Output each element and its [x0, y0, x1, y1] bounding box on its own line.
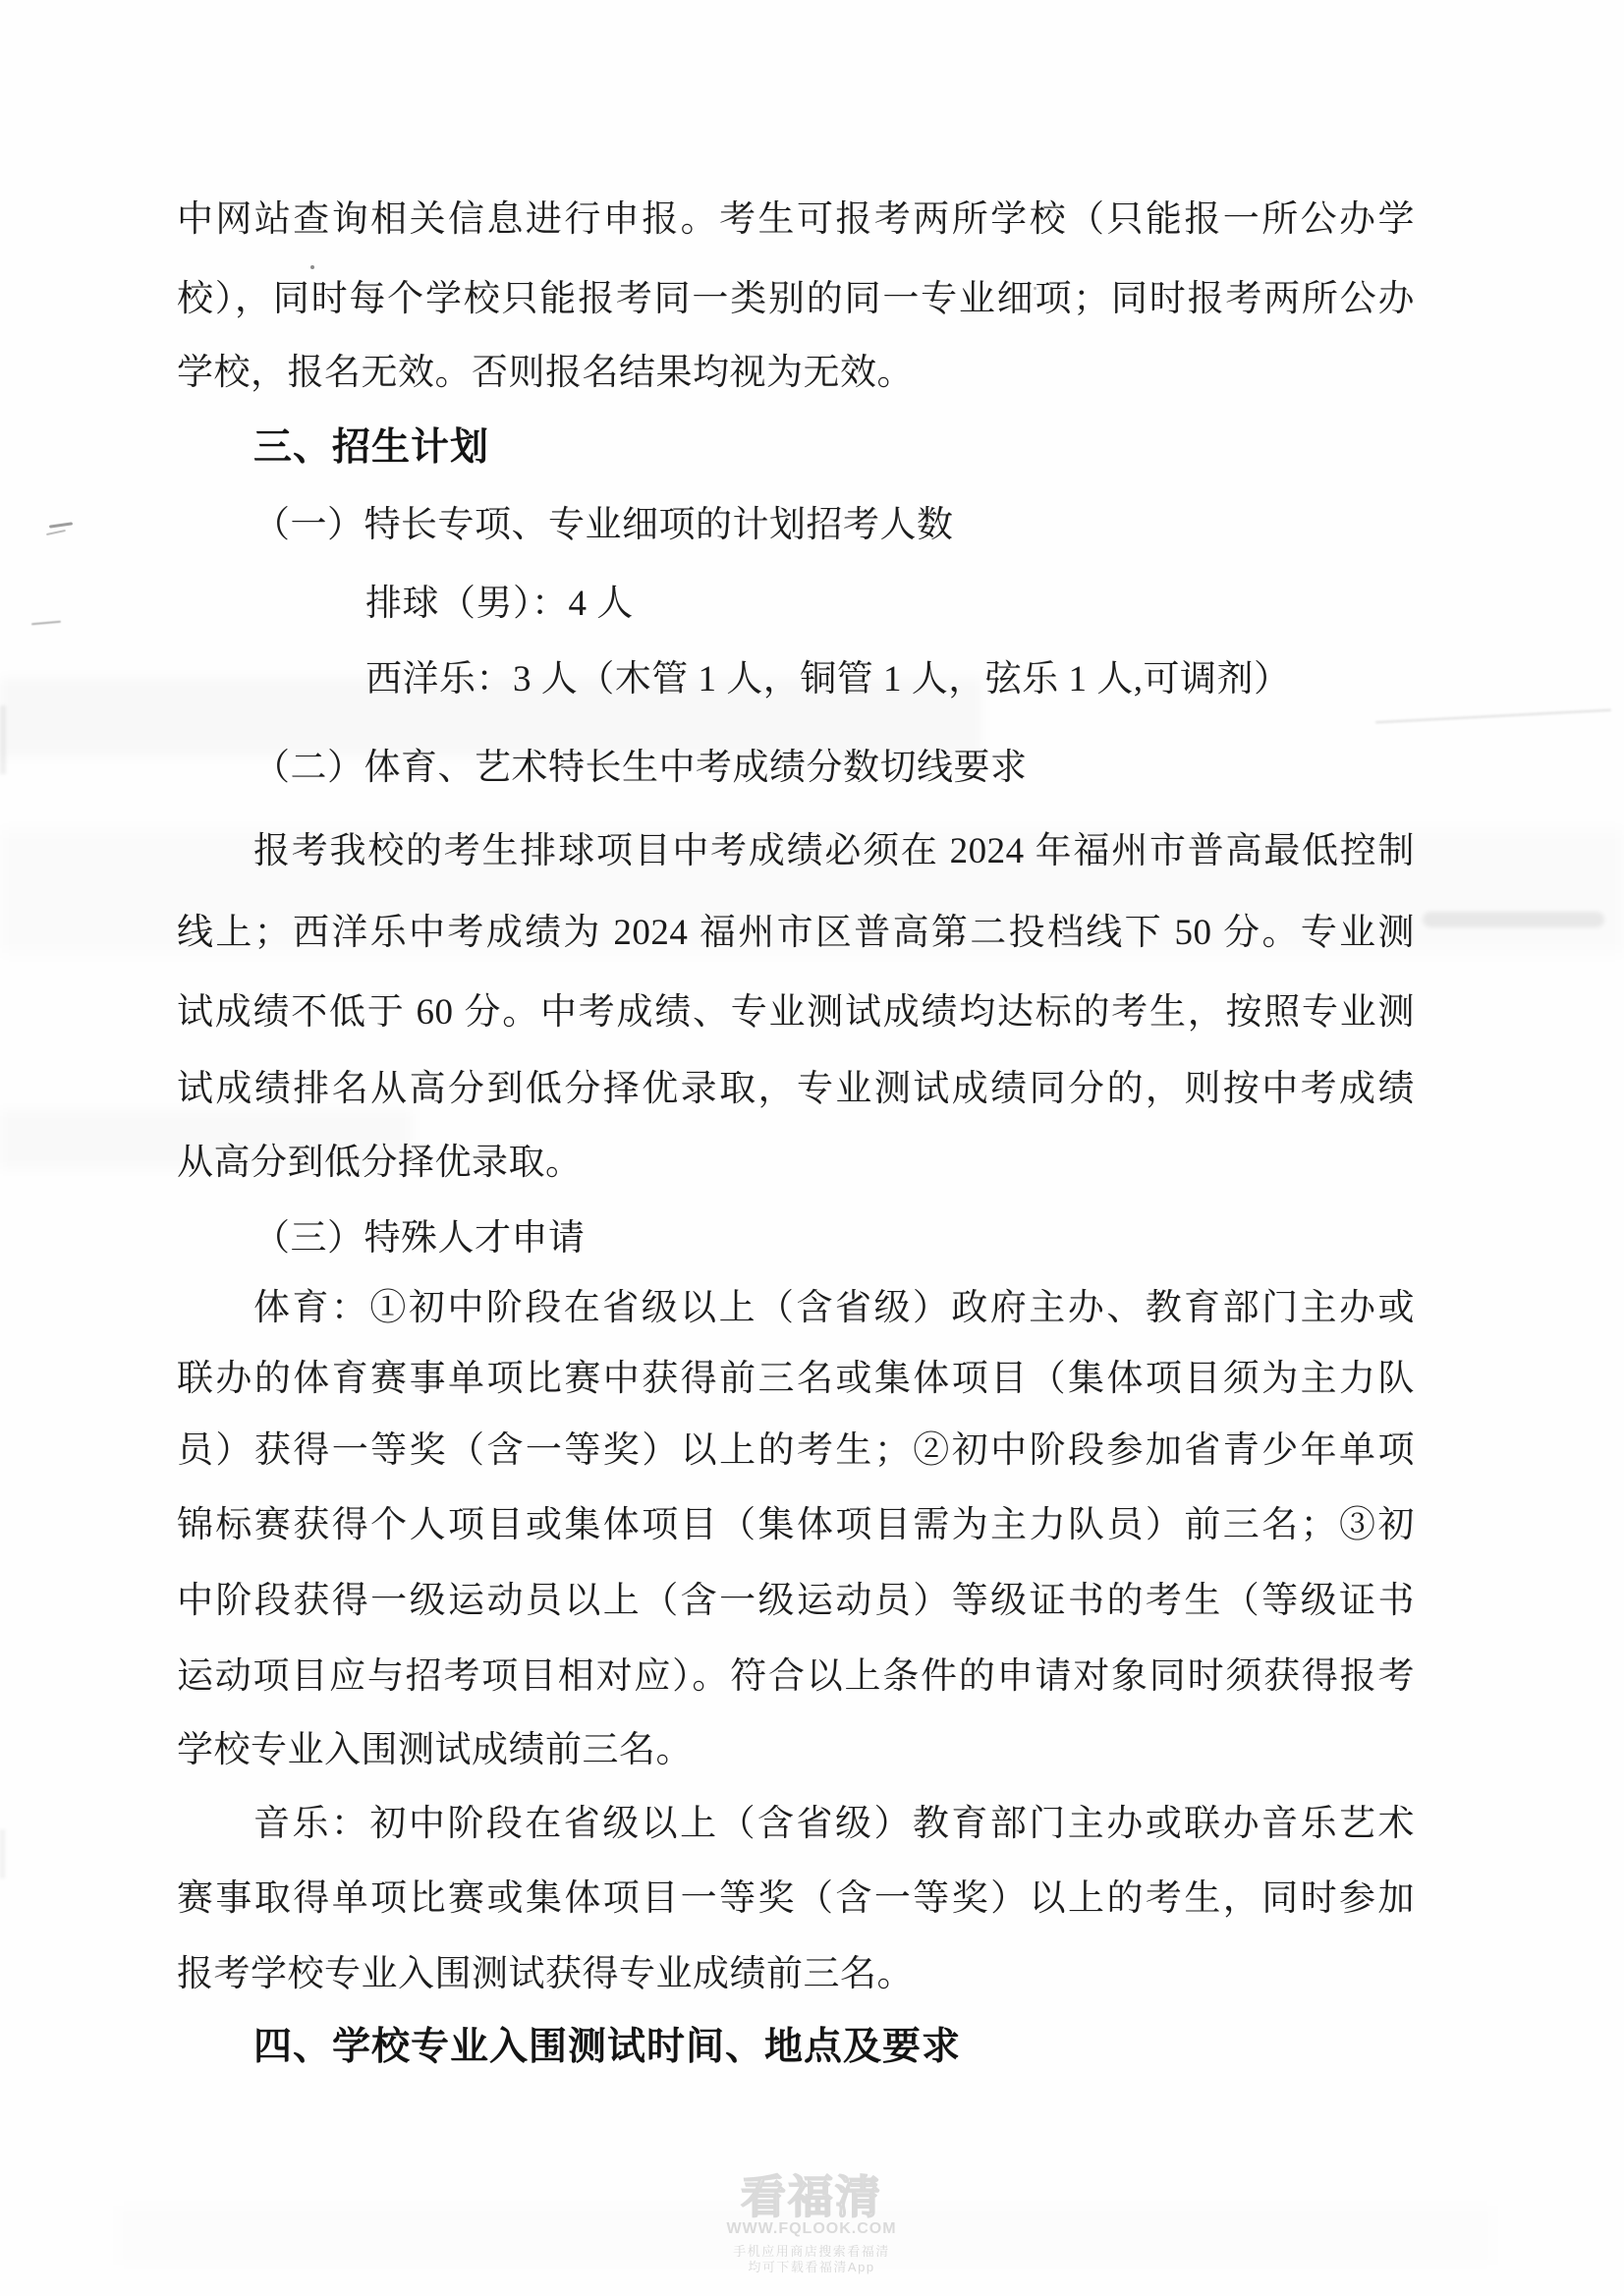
watermark-brand: 看福清	[726, 2174, 896, 2219]
scan-artifact	[118, 2206, 1493, 2265]
text-line-sports: 体育：①初中阶段在省级以上（含省级）政府主办、教育部门主办或	[253, 1289, 1415, 1328]
scan-artifact	[49, 522, 73, 528]
scan-artifact	[1375, 709, 1611, 724]
plan-item-volleyball: 排球（男）：4 人	[365, 585, 1415, 624]
plan-item-western-music: 西洋乐：3 人（木管 1 人，铜管 1 人，弦乐 1 人,可调剂）	[365, 660, 1415, 700]
subsection-heading-1: （一）特长专项、专业细项的计划招考人数	[253, 506, 1415, 545]
text-line: 运动项目应与招考项目相对应）。符合以上条件的申请对象同时须获得报考	[177, 1657, 1415, 1697]
text-line: 学校，报名无效。否则报名结果均视为无效。	[177, 354, 1415, 393]
scanned-document-page: 中网站查询相关信息进行申报。考生可报考两所学校（只能报一所公办学 校），同时每个…	[0, 0, 1624, 2296]
text-line: 赛事取得单项比赛或集体项目一等奖（含一等奖）以上的考生，同时参加	[177, 1879, 1415, 1919]
watermark-url: WWW.FQLOOK.COM	[726, 2220, 896, 2238]
text-line-music: 音乐：初中阶段在省级以上（含省级）教育部门主办或联办音乐艺术	[253, 1805, 1415, 1844]
scan-artifact	[46, 530, 66, 535]
text-line: 联办的体育赛事单项比赛中获得前三名或集体项目（集体项目须为主力队	[177, 1360, 1415, 1399]
subsection-heading-2: （二）体育、艺术特长生中考成绩分数切线要求	[253, 749, 1415, 788]
text-line: 中网站查询相关信息进行申报。考生可报考两所学校（只能报一所公办学	[177, 200, 1415, 240]
subsection-heading-3: （三）特殊人才申请	[253, 1219, 1415, 1259]
text-line: 员）获得一等奖（含一等奖）以上的考生；②初中阶段参加省青少年单项	[177, 1431, 1415, 1471]
text-line: 从高分到低分择优录取。	[177, 1144, 1415, 1183]
text-line: 校），同时每个学校只能报考同一类别的同一专业细项；同时报考两所公办	[177, 280, 1415, 319]
text-line: 线上；西洋乐中考成绩为 2024 福州市区普高第二投档线下 50 分。专业测	[177, 914, 1415, 953]
text-line: 报考我校的考生排球项目中考成绩必须在 2024 年福州市普高最低控制	[253, 832, 1415, 871]
text-line: 中阶段获得一级运动员以上（含一级运动员）等级证书的考生（等级证书	[177, 1582, 1415, 1621]
text-line: 试成绩不低于 60 分。中考成绩、专业测试成绩均达标的考生，按照专业测	[177, 993, 1415, 1033]
site-watermark: 看福清 WWW.FQLOOK.COM 手机应用商店搜索看福清 均可下载看福清Ap…	[726, 2174, 896, 2275]
scan-artifact	[31, 621, 61, 626]
scan-artifact	[1423, 912, 1604, 927]
scan-artifact	[0, 705, 6, 774]
scan-artifact	[0, 1829, 5, 1878]
text-line: 试成绩排名从高分到低分择优录取，专业测试成绩同分的，则按中考成绩	[177, 1070, 1415, 1109]
section-heading-3: 三、招生计划	[253, 427, 1415, 469]
text-line: 报考学校专业入围测试获得专业成绩前三名。	[177, 1955, 1415, 1994]
text-line: 锦标赛获得个人项目或集体项目（集体项目需为主力队员）前三名；③初	[177, 1506, 1415, 1545]
scan-artifact	[310, 265, 314, 269]
section-heading-4: 四、学校专业入围测试时间、地点及要求	[253, 2027, 1415, 2068]
watermark-note-line2: 均可下载看福清App	[726, 2260, 896, 2275]
watermark-note-line1: 手机应用商店搜索看福清	[726, 2244, 896, 2260]
text-line: 学校专业入围测试成绩前三名。	[177, 1731, 1415, 1770]
